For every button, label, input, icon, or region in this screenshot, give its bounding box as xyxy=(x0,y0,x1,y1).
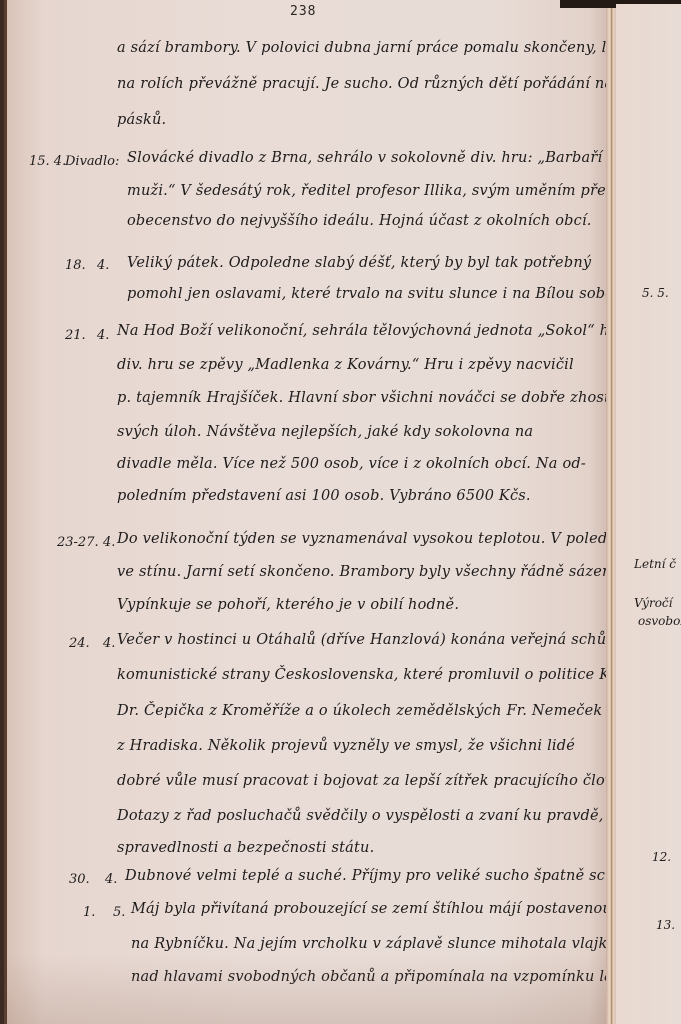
entry-month: 4. xyxy=(97,258,109,273)
text-line: muži.“ V šedesátý rok, ředitel profesor … xyxy=(127,183,637,199)
entry-month: 4. xyxy=(97,328,109,343)
text-line: dobré vůle musí pracovat i bojovat za le… xyxy=(117,773,645,789)
text-line: na rolích převážně pracují. Je sucho. Od… xyxy=(117,76,618,92)
text-line: komunistické strany Československa, kter… xyxy=(117,667,632,683)
text-line: divadle měla. Více než 500 osob, více i … xyxy=(117,456,586,472)
entry-date: 21. xyxy=(65,328,86,343)
text-line: obecenstvo do nejvyššího ideálu. Hojná ú… xyxy=(127,213,592,229)
margin-note: osvoboz xyxy=(638,614,681,628)
entry-date: 23-27. xyxy=(57,535,99,550)
text-line: Slovácké divadlo z Brna, sehrálo v sokol… xyxy=(127,150,602,166)
text-line: svých úloh. Návštěva nejlepších, jaké kd… xyxy=(117,424,533,440)
text-line: Vypínkuje se pohoří, kterého je v obilí … xyxy=(117,597,459,613)
text-line: na Rybníčku. Na jejím vrcholku v záplavě… xyxy=(131,936,616,952)
text-line: Máj byla přivítaná probouzející se zemí … xyxy=(131,901,612,917)
text-line: poledním představení asi 100 osob. Vybrá… xyxy=(117,488,531,504)
margin-note: Výročí xyxy=(634,596,672,610)
page-number: 238 xyxy=(290,4,316,19)
text-line: Na Hod Boží velikonoční, sehrála tělovýc… xyxy=(117,323,663,339)
text-line: Večer v hostinci u Otáhalů (dříve Hanzlo… xyxy=(117,632,623,648)
entry-month: 5. xyxy=(113,905,125,920)
margin-note: 5. 5. xyxy=(642,286,669,300)
entry-month: 4. xyxy=(105,872,117,887)
entry-date: 1. xyxy=(83,905,95,920)
text-line: a sází brambory. V polovici dubna jarní … xyxy=(117,40,630,56)
text-line: Dubnové velmi teplé a suché. Příjmy pro … xyxy=(125,868,641,884)
entry-heading: Divadlo: xyxy=(65,154,119,169)
margin-note: 13. xyxy=(656,918,675,932)
text-line: ve stínu. Jarní setí skončeno. Brambory … xyxy=(117,564,623,580)
entry-date: 24. xyxy=(69,636,90,651)
margin-note: Letní č xyxy=(634,557,676,571)
book-gutter xyxy=(606,4,616,1024)
text-line: Veliký pátek. Odpoledne slabý déšť, kter… xyxy=(127,255,591,271)
left-page: 238 a sází brambory. V polovici dubna ja… xyxy=(4,0,613,1024)
text-line: spravedlnosti a bezpečnosti státu. xyxy=(117,840,374,856)
text-line: nad hlavami svobodných občanů a připomín… xyxy=(131,969,638,985)
text-line: Dr. Čepička z Kroměříže a o úkolech země… xyxy=(117,703,602,719)
entry-month: 4. xyxy=(103,636,115,651)
entry-month: 4. xyxy=(103,535,115,550)
text-line: pásků. xyxy=(117,112,166,128)
text-line: div. hru se zpěvy „Madlenka z Kovárny.“ … xyxy=(117,357,574,373)
text-line: Dotazy z řad posluchačů svědčily o vyspě… xyxy=(117,808,604,824)
text-line: Do velikonoční týden se vyznamenával vys… xyxy=(117,531,681,547)
entry-date: 15. 4. xyxy=(29,154,66,169)
text-line: z Hradiska. Několik projevů vyzněly ve s… xyxy=(117,738,575,754)
entry-date: 30. xyxy=(69,872,90,887)
text-line: pomohl jen oslavami, které trvalo na svi… xyxy=(127,286,635,302)
entry-date: 18. xyxy=(65,258,86,273)
margin-note: 12. xyxy=(652,850,671,864)
text-line: p. tajemník Hrajšíček. Hlavní sbor všich… xyxy=(117,390,625,406)
facing-page: 5. 5. Letní č Výročí osvoboz 12. 13. xyxy=(616,4,681,1024)
